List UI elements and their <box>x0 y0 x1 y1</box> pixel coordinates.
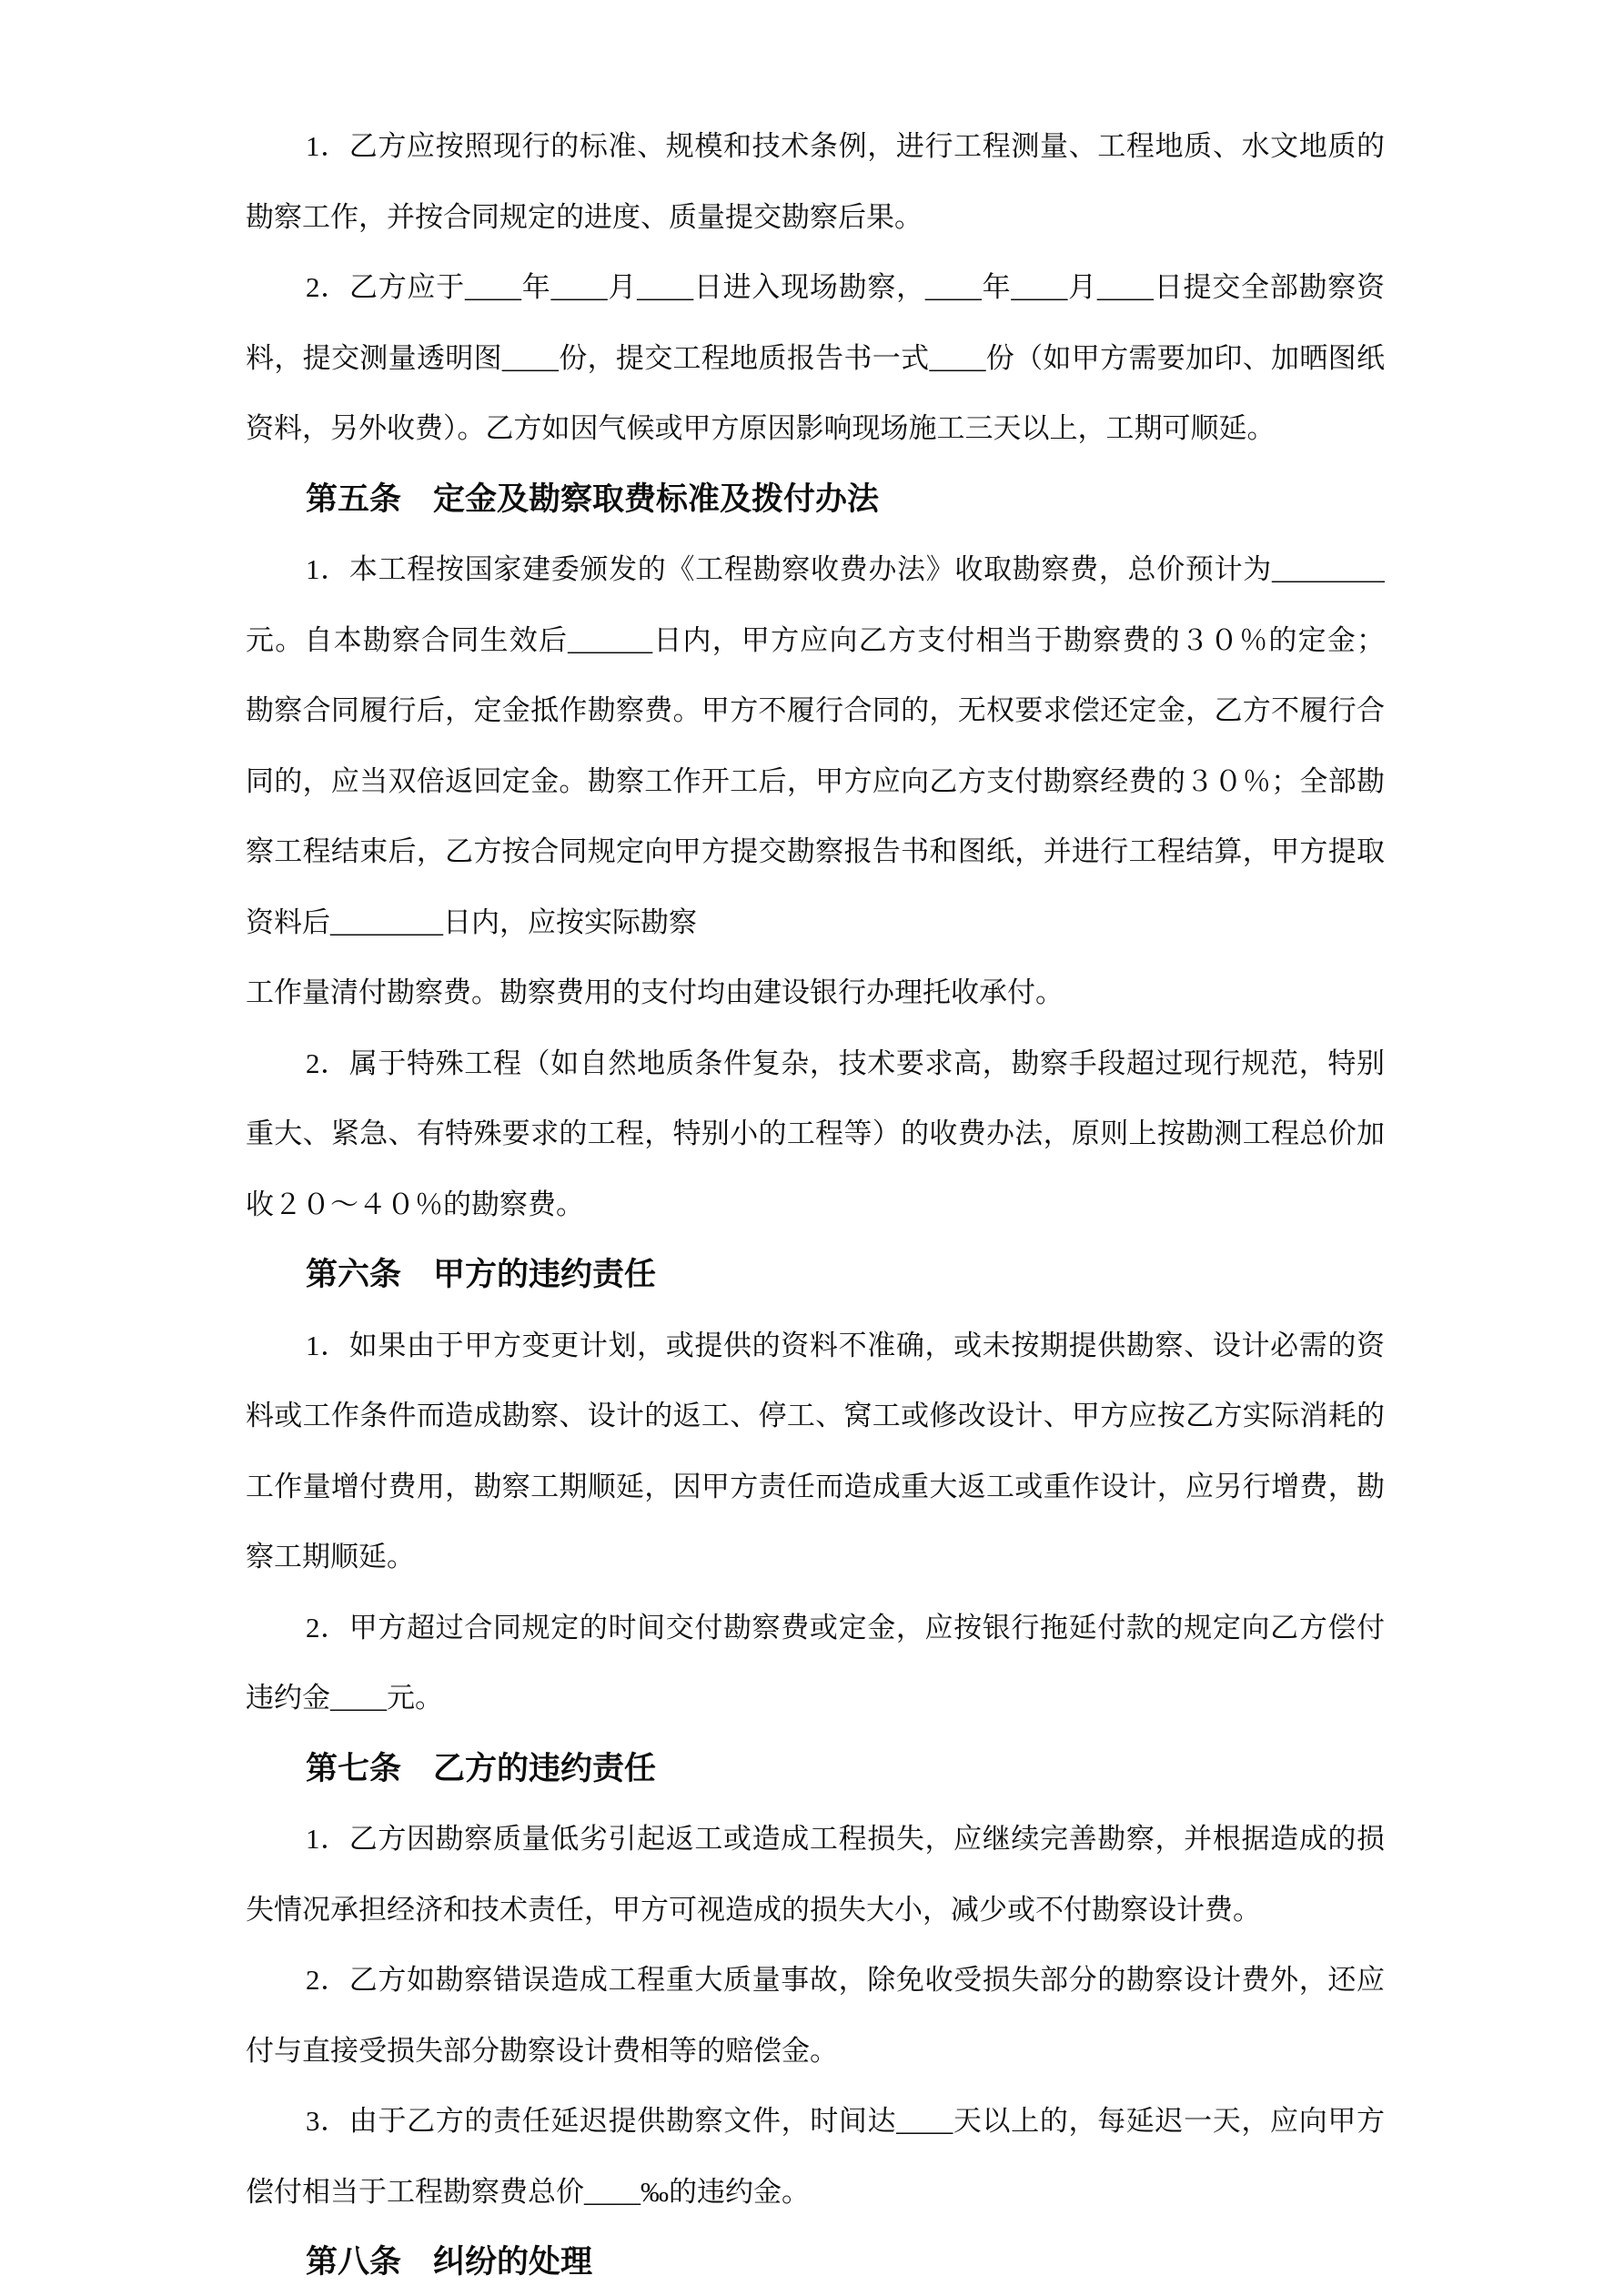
paragraph-line: 察工程结束后，乙方按合同规定向甲方提交勘察报告书和图纸，并进行工程结算，甲方提取 <box>246 816 1385 887</box>
section-heading: 第五条 定金及勘察取费标准及拨付办法 <box>246 464 1385 535</box>
paragraph-line: 同的，应当双倍返回定金。勘察工作开工后，甲方应向乙方支付勘察经费的３０％；全部勘 <box>246 746 1385 817</box>
paragraph-line: 1．乙方应按照现行的标准、规模和技术条例，进行工程测量、工程地质、水文地质的 <box>246 111 1385 182</box>
section-heading: 第七条 乙方的违约责任 <box>246 1734 1385 1805</box>
paragraph-line: 偿付相当于工程勘察费总价____‰的违约金。 <box>246 2157 1385 2228</box>
paragraph-line: 工作量清付勘察费。勘察费用的支付均由建设银行办理托收承付。 <box>246 957 1385 1028</box>
paragraph-line: 工作量增付费用，勘察工期顺延，因甲方责任而造成重大返工或重作设计，应另行增费，勘 <box>246 1451 1385 1522</box>
document-content: 1．乙方应按照现行的标准、规模和技术条例，进行工程测量、工程地质、水文地质的勘察… <box>246 111 1385 2296</box>
section-heading: 第六条 甲方的违约责任 <box>246 1239 1385 1310</box>
paragraph-line: 重大、紧急、有特殊要求的工程，特别小的工程等）的收费办法，原则上按勘测工程总价加 <box>246 1098 1385 1169</box>
section-heading: 第八条 纠纷的处理 <box>246 2227 1385 2296</box>
paragraph-line: 料，提交测量透明图____份，提交工程地质报告书一式____份（如甲方需要加印、… <box>246 323 1385 394</box>
paragraph-line: 1．如果由于甲方变更计划，或提供的资料不准确，或未按期提供勘察、设计必需的资 <box>246 1310 1385 1381</box>
paragraph-line: 察工期顺延。 <box>246 1522 1385 1593</box>
paragraph-line: 勘察合同履行后，定金抵作勘察费。甲方不履行合同的，无权要求偿还定金，乙方不履行合 <box>246 675 1385 746</box>
paragraph-line: 违约金____元。 <box>246 1663 1385 1734</box>
paragraph-line: 料或工作条件而造成勘察、设计的返工、停工、窝工或修改设计、甲方应按乙方实际消耗的 <box>246 1381 1385 1451</box>
paragraph-line: 失情况承担经济和技术责任，甲方可视造成的损失大小，减少或不付勘察设计费。 <box>246 1875 1385 1946</box>
paragraph-line: 资料后________日内，应按实际勘察 <box>246 887 1385 958</box>
paragraph-line: 付与直接受损失部分勘察设计费相等的赔偿金。 <box>246 2016 1385 2087</box>
paragraph-line: 1．本工程按国家建委颁发的《工程勘察收费办法》收取勘察费，总价预计为______… <box>246 534 1385 605</box>
paragraph-line: 资料，另外收费）。乙方如因气候或甲方原因影响现场施工三天以上，工期可顺延。 <box>246 393 1385 464</box>
paragraph-line: 2．属于特殊工程（如自然地质条件复杂，技术要求高，勘察手段超过现行规范，特别 <box>246 1028 1385 1099</box>
paragraph-line: 2．甲方超过合同规定的时间交付勘察费或定金，应按银行拖延付款的规定向乙方偿付 <box>246 1593 1385 1664</box>
paragraph-line: 1．乙方因勘察质量低劣引起返工或造成工程损失，应继续完善勘察，并根据造成的损 <box>246 1804 1385 1875</box>
paragraph-line: 3．由于乙方的责任延迟提供勘察文件，时间达____天以上的，每延迟一天，应向甲方 <box>246 2086 1385 2157</box>
paragraph-line: 收２０～４０％的勘察费。 <box>246 1169 1385 1240</box>
document-page: 1．乙方应按照现行的标准、规模和技术条例，进行工程测量、工程地质、水文地质的勘察… <box>0 0 1624 2296</box>
paragraph-line: 元。自本勘察合同生效后______日内，甲方应向乙方支付相当于勘察费的３０％的定… <box>246 605 1385 676</box>
paragraph-line: 2．乙方如勘察错误造成工程重大质量事故，除免收受损失部分的勘察设计费外，还应 <box>246 1945 1385 2016</box>
paragraph-line: 勘察工作，并按合同规定的进度、质量提交勘察后果。 <box>246 182 1385 253</box>
paragraph-line: 2．乙方应于____年____月____日进入现场勘察，____年____月__… <box>246 252 1385 323</box>
